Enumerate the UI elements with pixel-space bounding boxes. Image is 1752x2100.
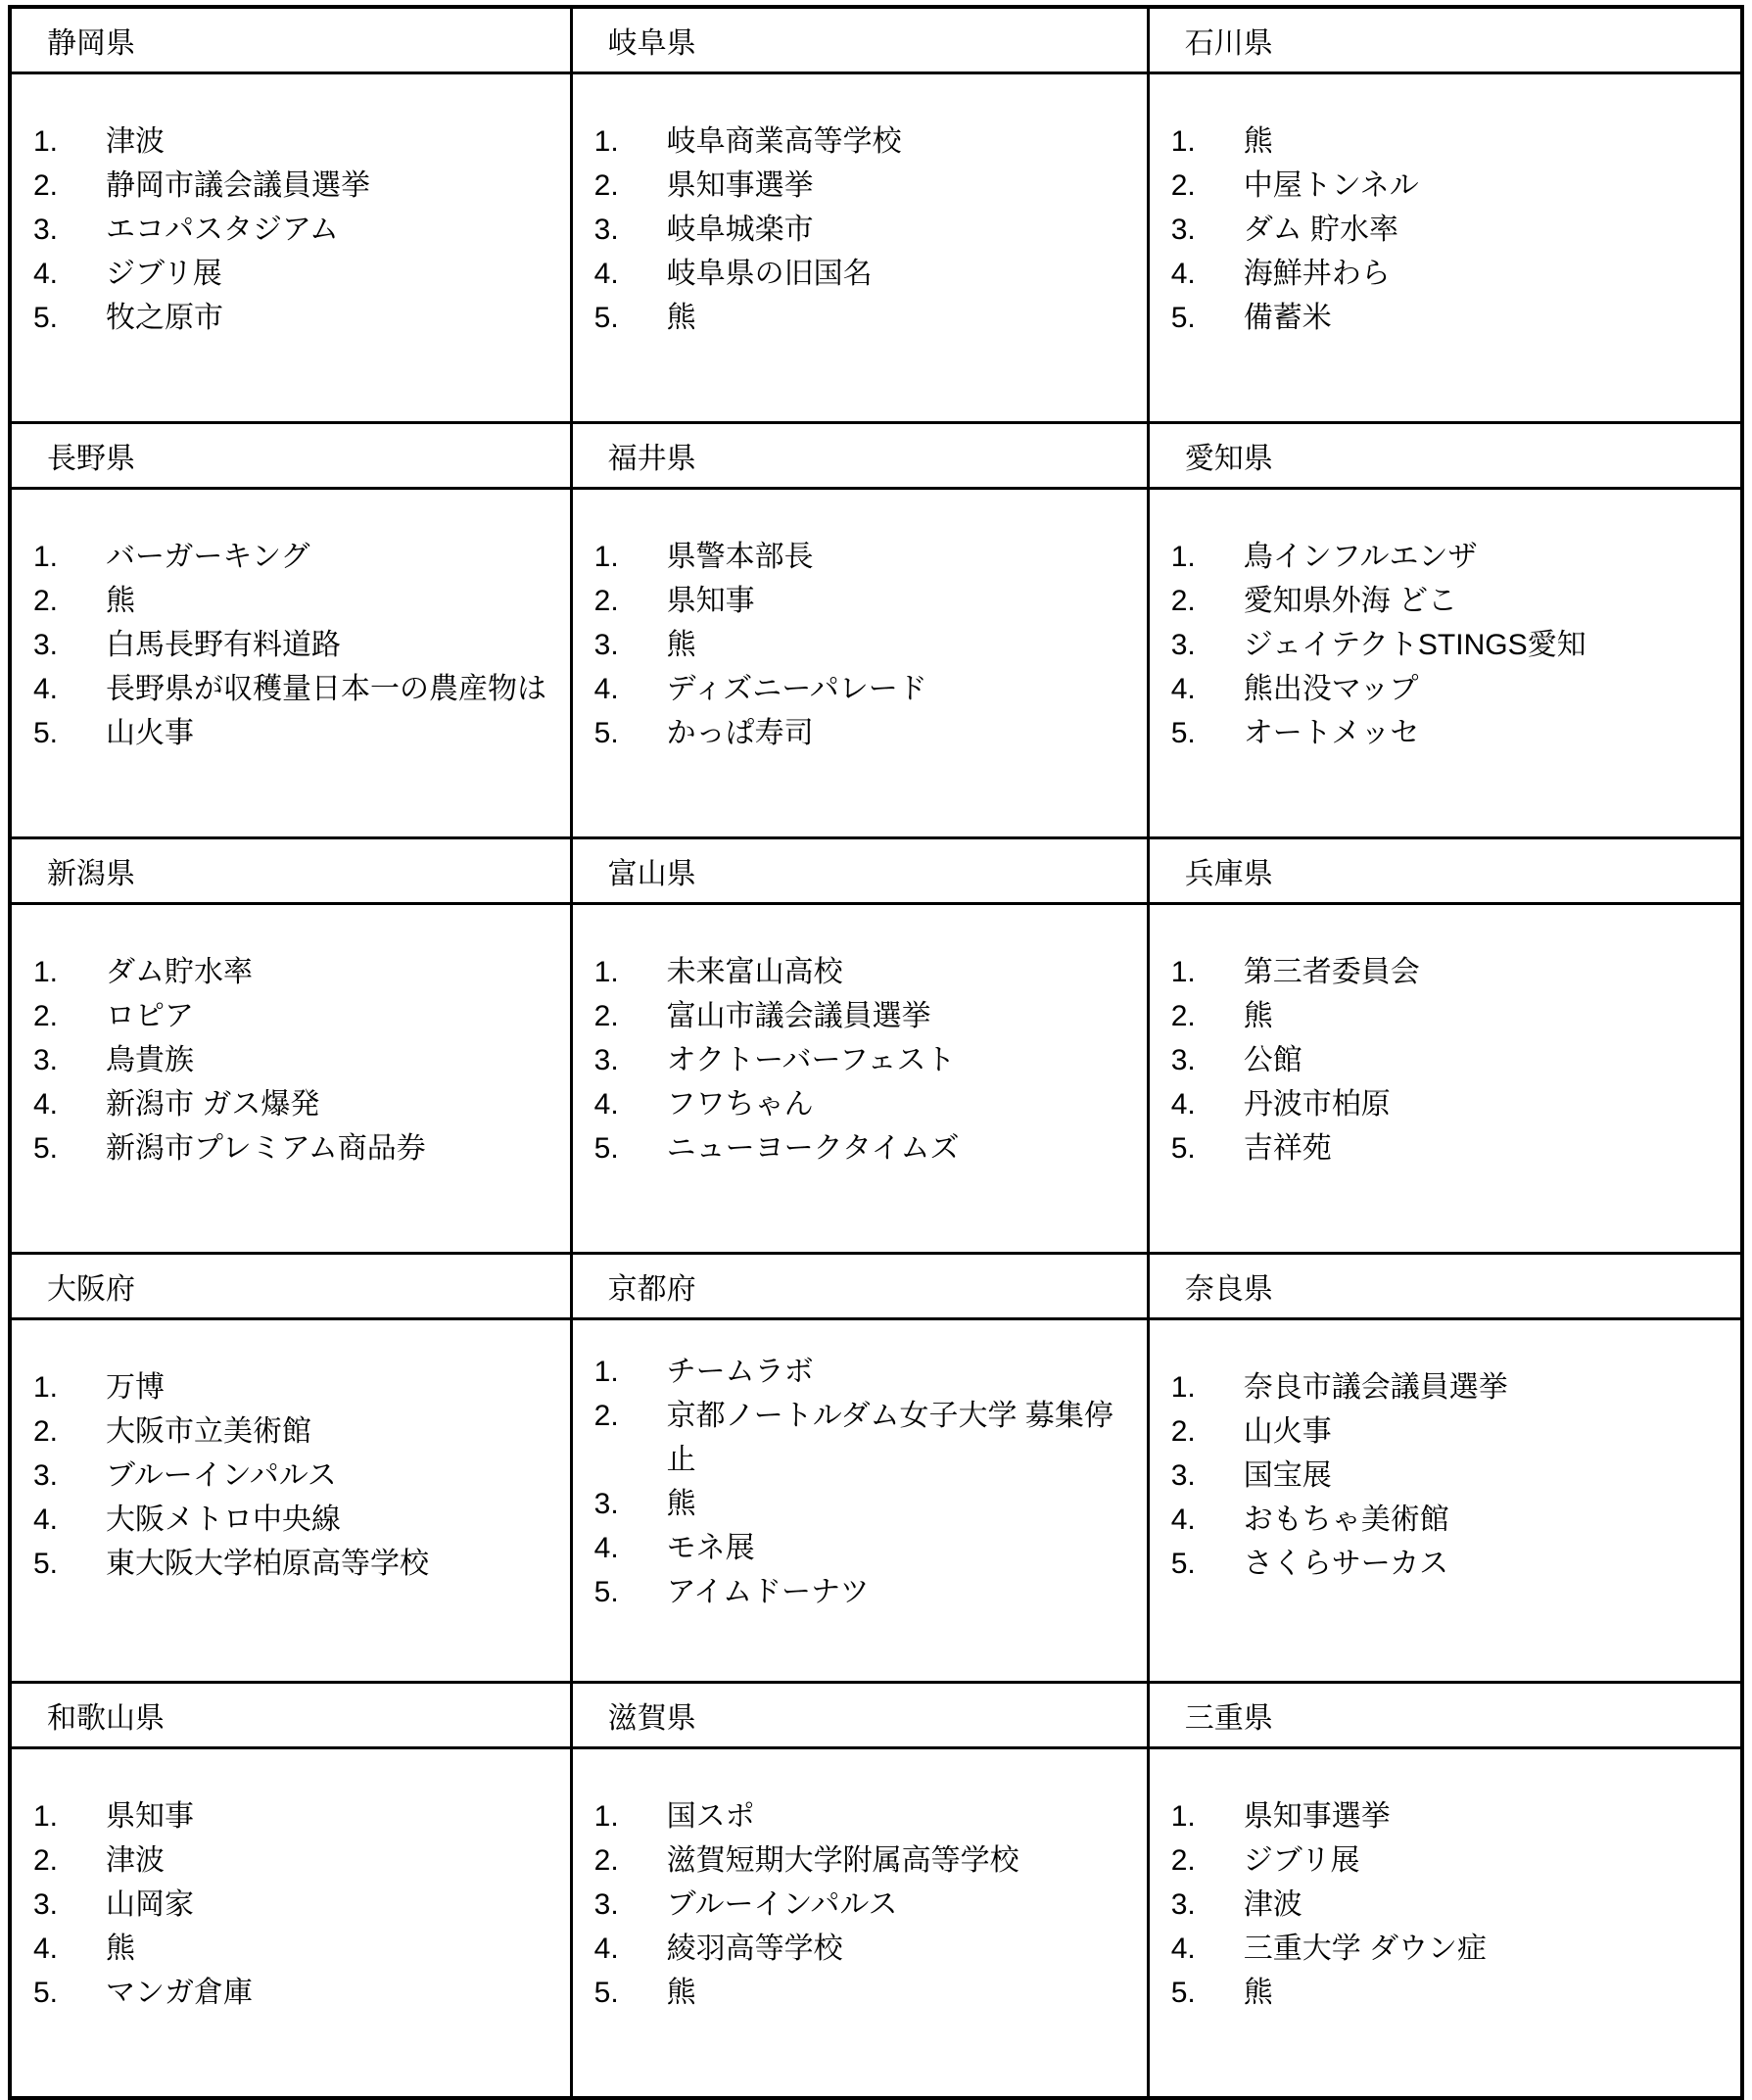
list-item-text: 愛知県外海 どこ [1244, 579, 1730, 623]
list-item-number: 3. [594, 623, 667, 667]
list-item-text: 中屋トンネル [1244, 164, 1730, 208]
trend-list-item: 5.熊 [594, 296, 1137, 340]
trend-list-item: 1.国スポ [594, 1794, 1137, 1838]
trend-list-item: 2.中屋トンネル [1171, 164, 1730, 208]
list-item-text: 国スポ [667, 1794, 1137, 1838]
content-row: 1.ダム貯水率2.ロピア3.鳥貴族4.新潟市 ガス爆発5.新潟市プレミアム商品券… [10, 904, 1742, 1254]
trend-list-item: 3.ジェイテクトSTINGS愛知 [1171, 623, 1730, 667]
trend-list-item: 5.熊 [1171, 1971, 1730, 2015]
trend-list: 1.未来富山高校2.富山市議会議員選挙3.オクトーバーフェスト4.フワちゃん5.… [594, 950, 1137, 1170]
trend-list-cell: 1.県知事選挙2.ジブリ展3.津波4.三重大学 ダウン症5.熊 [1148, 1748, 1742, 2099]
list-item-number: 2. [33, 994, 106, 1038]
list-item-number: 2. [33, 579, 106, 623]
list-item-number: 5. [594, 1570, 667, 1614]
trend-list-item: 5.マンガ倉庫 [33, 1971, 560, 2015]
trend-list-cell: 1.岐阜商業高等学校2.県知事選挙3.岐阜城楽市4.岐阜県の旧国名5.熊 [571, 73, 1148, 423]
prefecture-header: 和歌山県 [10, 1683, 571, 1748]
trend-list-item: 4.長野県が収穫量日本一の農産物は [33, 667, 560, 711]
list-item-text: オートメッセ [1244, 711, 1730, 755]
list-item-number: 5. [33, 711, 106, 755]
trend-list-item: 1.県知事選挙 [1171, 1794, 1730, 1838]
prefecture-header: 兵庫県 [1148, 838, 1742, 904]
list-item-text: 海鮮丼わら [1244, 252, 1730, 296]
list-item-text: 熊 [1244, 119, 1730, 164]
list-item-number: 1. [33, 535, 106, 579]
list-item-text: 熊 [1244, 1971, 1730, 2015]
list-item-number: 4. [594, 1927, 667, 1971]
trend-list-item: 2.京都ノートルダム女子大学 募集停止 [594, 1394, 1137, 1482]
header-row: 大阪府 京都府 奈良県 [10, 1254, 1742, 1319]
header-row: 長野県 福井県 愛知県 [10, 423, 1742, 489]
trend-list-item: 2.静岡市議会議員選挙 [33, 164, 560, 208]
list-item-text: マンガ倉庫 [106, 1971, 560, 2015]
list-item-text: 県知事選挙 [1244, 1794, 1730, 1838]
list-item-number: 5. [594, 1971, 667, 2015]
list-item-number: 1. [594, 950, 667, 994]
trend-list: 1.県知事2.津波3.山岡家4.熊5.マンガ倉庫 [33, 1794, 560, 2015]
trend-list-item: 5.かっぱ寿司 [594, 711, 1137, 755]
trend-list-item: 5.さくらサーカス [1171, 1542, 1730, 1586]
trend-list-item: 1.県警本部長 [594, 535, 1137, 579]
trend-list: 1.国スポ2.滋賀短期大学附属高等学校3.ブルーインパルス4.綾羽高等学校5.熊 [594, 1794, 1137, 2015]
trend-list-cell: 1.チームラボ2.京都ノートルダム女子大学 募集停止3.熊4.モネ展5.アイムド… [571, 1319, 1148, 1683]
trend-list-cell: 1.第三者委員会2.熊3.公館4.丹波市柏原5.吉祥苑 [1148, 904, 1742, 1254]
list-item-number: 3. [1171, 1038, 1244, 1082]
trend-list-item: 2.津波 [33, 1838, 560, 1883]
trend-list-cell: 1.熊2.中屋トンネル3.ダム 貯水率4.海鮮丼わら5.備蓄米 [1148, 73, 1742, 423]
trend-list-item: 2.県知事選挙 [594, 164, 1137, 208]
list-item-number: 5. [1171, 1542, 1244, 1586]
list-item-text: エコパスタジアム [106, 208, 560, 252]
header-row: 静岡県 岐阜県 石川県 [10, 7, 1742, 73]
list-item-text: 熊出没マップ [1244, 667, 1730, 711]
list-item-text: 熊 [667, 296, 1137, 340]
list-item-text: 万博 [106, 1365, 560, 1409]
trend-list-item: 5.吉祥苑 [1171, 1126, 1730, 1170]
prefecture-header: 大阪府 [10, 1254, 571, 1319]
list-item-text: 県知事選挙 [667, 164, 1137, 208]
trend-list-item: 1.津波 [33, 119, 560, 164]
list-item-number: 4. [33, 252, 106, 296]
list-item-text: 大阪メトロ中央線 [106, 1498, 560, 1542]
list-item-text: ブルーインパルス [667, 1883, 1137, 1927]
prefecture-header: 石川県 [1148, 7, 1742, 73]
list-item-text: 奈良市議会議員選挙 [1244, 1365, 1730, 1409]
trend-list: 1.県警本部長2.県知事3.熊4.ディズニーパレード5.かっぱ寿司 [594, 535, 1137, 755]
trend-list-item: 2.富山市議会議員選挙 [594, 994, 1137, 1038]
list-item-number: 1. [33, 1794, 106, 1838]
list-item-text: 国宝展 [1244, 1454, 1730, 1498]
trend-list-item: 2.愛知県外海 どこ [1171, 579, 1730, 623]
list-item-number: 5. [594, 711, 667, 755]
trend-list-item: 1.ダム貯水率 [33, 950, 560, 994]
trend-list-item: 4.ジブリ展 [33, 252, 560, 296]
list-item-number: 3. [33, 1038, 106, 1082]
trend-list-item: 3.公館 [1171, 1038, 1730, 1082]
list-item-text: フワちゃん [667, 1082, 1137, 1126]
trend-list-item: 1.未来富山高校 [594, 950, 1137, 994]
list-item-text: 熊 [106, 1927, 560, 1971]
trend-list-item: 5.東大阪大学柏原高等学校 [33, 1542, 560, 1586]
list-item-number: 1. [1171, 1794, 1244, 1838]
list-item-text: 津波 [1244, 1883, 1730, 1927]
trend-list-cell: 1.県警本部長2.県知事3.熊4.ディズニーパレード5.かっぱ寿司 [571, 489, 1148, 838]
prefecture-header: 福井県 [571, 423, 1148, 489]
list-item-text: 長野県が収穫量日本一の農産物は [106, 667, 560, 711]
trend-list-item: 1.鳥インフルエンザ [1171, 535, 1730, 579]
trend-list-item: 3.エコパスタジアム [33, 208, 560, 252]
trend-list: 1.チームラボ2.京都ノートルダム女子大学 募集停止3.熊4.モネ展5.アイムド… [594, 1350, 1137, 1614]
list-item-number: 2. [594, 994, 667, 1038]
trend-list-item: 3.岐阜城楽市 [594, 208, 1137, 252]
list-item-number: 1. [33, 119, 106, 164]
list-item-text: かっぱ寿司 [667, 711, 1137, 755]
header-row: 新潟県 富山県 兵庫県 [10, 838, 1742, 904]
list-item-text: アイムドーナツ [667, 1570, 1137, 1614]
list-item-number: 4. [594, 1082, 667, 1126]
trend-list: 1.バーガーキング2.熊3.白馬長野有料道路4.長野県が収穫量日本一の農産物は5… [33, 535, 560, 755]
list-item-text: 大阪市立美術館 [106, 1409, 560, 1454]
list-item-number: 1. [1171, 119, 1244, 164]
trend-list-item: 3.ブルーインパルス [33, 1454, 560, 1498]
list-item-text: 津波 [106, 119, 560, 164]
trend-list-item: 2.ジブリ展 [1171, 1838, 1730, 1883]
list-item-number: 2. [1171, 579, 1244, 623]
list-item-number: 4. [1171, 252, 1244, 296]
list-item-number: 3. [1171, 208, 1244, 252]
trend-list-item: 1.第三者委員会 [1171, 950, 1730, 994]
trend-list-item: 3.白馬長野有料道路 [33, 623, 560, 667]
trend-list: 1.津波2.静岡市議会議員選挙3.エコパスタジアム4.ジブリ展5.牧之原市 [33, 119, 560, 340]
list-item-number: 3. [33, 623, 106, 667]
list-item-number: 2. [1171, 1838, 1244, 1883]
list-item-text: 東大阪大学柏原高等学校 [106, 1542, 560, 1586]
trend-list-item: 4.おもちゃ美術館 [1171, 1498, 1730, 1542]
trend-list: 1.熊2.中屋トンネル3.ダム 貯水率4.海鮮丼わら5.備蓄米 [1171, 119, 1730, 340]
list-item-text: 公館 [1244, 1038, 1730, 1082]
trend-list-cell: 1.国スポ2.滋賀短期大学附属高等学校3.ブルーインパルス4.綾羽高等学校5.熊 [571, 1748, 1148, 2099]
trend-list-item: 4.大阪メトロ中央線 [33, 1498, 560, 1542]
list-item-number: 4. [33, 1927, 106, 1971]
list-item-number: 2. [594, 1394, 667, 1438]
list-item-text: 山岡家 [106, 1883, 560, 1927]
trend-list-cell: 1.万博2.大阪市立美術館3.ブルーインパルス4.大阪メトロ中央線5.東大阪大学… [10, 1319, 571, 1683]
prefecture-header: 富山県 [571, 838, 1148, 904]
list-item-text: ジェイテクトSTINGS愛知 [1244, 623, 1730, 667]
list-item-number: 1. [33, 1365, 106, 1409]
prefecture-header: 京都府 [571, 1254, 1148, 1319]
list-item-number: 5. [33, 1542, 106, 1586]
list-item-number: 3. [33, 208, 106, 252]
prefecture-trends-table: 静岡県 岐阜県 石川県 1.津波2.静岡市議会議員選挙3.エコパスタジアム4.ジ… [8, 5, 1744, 2100]
prefecture-header: 新潟県 [10, 838, 571, 904]
list-item-number: 3. [1171, 1883, 1244, 1927]
list-item-number: 5. [1171, 1971, 1244, 2015]
list-item-text: 牧之原市 [106, 296, 560, 340]
trend-list: 1.県知事選挙2.ジブリ展3.津波4.三重大学 ダウン症5.熊 [1171, 1794, 1730, 2015]
list-item-number: 2. [1171, 164, 1244, 208]
list-item-number: 4. [1171, 667, 1244, 711]
trend-list: 1.第三者委員会2.熊3.公館4.丹波市柏原5.吉祥苑 [1171, 950, 1730, 1170]
content-row: 1.バーガーキング2.熊3.白馬長野有料道路4.長野県が収穫量日本一の農産物は5… [10, 489, 1742, 838]
trend-list-item: 1.チームラボ [594, 1350, 1137, 1394]
list-item-text: ニューヨークタイムズ [667, 1126, 1137, 1170]
list-item-number: 1. [1171, 535, 1244, 579]
trend-list-item: 4.丹波市柏原 [1171, 1082, 1730, 1126]
trend-list-item: 3.熊 [594, 1482, 1137, 1526]
list-item-number: 4. [594, 1526, 667, 1570]
list-item-text: 綾羽高等学校 [667, 1927, 1137, 1971]
list-item-text: 新潟市 ガス爆発 [106, 1082, 560, 1126]
trend-list-item: 2.大阪市立美術館 [33, 1409, 560, 1454]
trend-list-item: 5.備蓄米 [1171, 296, 1730, 340]
list-item-text: 備蓄米 [1244, 296, 1730, 340]
list-item-text: モネ展 [667, 1526, 1137, 1570]
list-item-number: 5. [33, 296, 106, 340]
trend-list-item: 2.滋賀短期大学附属高等学校 [594, 1838, 1137, 1883]
trend-list-item: 1.万博 [33, 1365, 560, 1409]
list-item-text: 岐阜県の旧国名 [667, 252, 1137, 296]
list-item-number: 5. [594, 1126, 667, 1170]
list-item-number: 5. [33, 1126, 106, 1170]
list-item-number: 3. [594, 208, 667, 252]
list-item-number: 2. [594, 164, 667, 208]
trend-list-cell: 1.ダム貯水率2.ロピア3.鳥貴族4.新潟市 ガス爆発5.新潟市プレミアム商品券 [10, 904, 571, 1254]
list-item-number: 4. [1171, 1498, 1244, 1542]
list-item-text: 丹波市柏原 [1244, 1082, 1730, 1126]
prefecture-header: 静岡県 [10, 7, 571, 73]
list-item-text: 県知事 [106, 1794, 560, 1838]
list-item-number: 2. [33, 164, 106, 208]
list-item-number: 4. [1171, 1082, 1244, 1126]
list-item-text: 熊 [106, 579, 560, 623]
list-item-text: 熊 [1244, 994, 1730, 1038]
prefecture-header: 愛知県 [1148, 423, 1742, 489]
list-item-text: さくらサーカス [1244, 1542, 1730, 1586]
list-item-text: 滋賀短期大学附属高等学校 [667, 1838, 1137, 1883]
trend-list-cell: 1.津波2.静岡市議会議員選挙3.エコパスタジアム4.ジブリ展5.牧之原市 [10, 73, 571, 423]
trend-list: 1.奈良市議会議員選挙2.山火事3.国宝展4.おもちゃ美術館5.さくらサーカス [1171, 1365, 1730, 1586]
trend-list-item: 2.県知事 [594, 579, 1137, 623]
list-item-number: 4. [1171, 1927, 1244, 1971]
list-item-text: ロピア [106, 994, 560, 1038]
list-item-text: 京都ノートルダム女子大学 募集停止 [667, 1394, 1137, 1482]
header-row: 和歌山県 滋賀県 三重県 [10, 1683, 1742, 1748]
trend-list: 1.岐阜商業高等学校2.県知事選挙3.岐阜城楽市4.岐阜県の旧国名5.熊 [594, 119, 1137, 340]
trend-list-item: 3.オクトーバーフェスト [594, 1038, 1137, 1082]
list-item-text: 新潟市プレミアム商品券 [106, 1126, 560, 1170]
trend-list: 1.鳥インフルエンザ2.愛知県外海 どこ3.ジェイテクトSTINGS愛知4.熊出… [1171, 535, 1730, 755]
trend-list-item: 2.ロピア [33, 994, 560, 1038]
list-item-number: 5. [594, 296, 667, 340]
list-item-text: オクトーバーフェスト [667, 1038, 1137, 1082]
prefecture-header: 奈良県 [1148, 1254, 1742, 1319]
list-item-number: 3. [594, 1482, 667, 1526]
list-item-text: 熊 [667, 1971, 1137, 2015]
trend-list-cell: 1.バーガーキング2.熊3.白馬長野有料道路4.長野県が収穫量日本一の農産物は5… [10, 489, 571, 838]
list-item-text: 吉祥苑 [1244, 1126, 1730, 1170]
list-item-number: 5. [1171, 296, 1244, 340]
list-item-text: 県警本部長 [667, 535, 1137, 579]
list-item-number: 2. [594, 1838, 667, 1883]
list-item-number: 2. [33, 1838, 106, 1883]
list-item-number: 4. [594, 252, 667, 296]
list-item-text: おもちゃ美術館 [1244, 1498, 1730, 1542]
trend-list-item: 2.山火事 [1171, 1409, 1730, 1454]
content-row: 1.津波2.静岡市議会議員選挙3.エコパスタジアム4.ジブリ展5.牧之原市 1.… [10, 73, 1742, 423]
list-item-text: ジブリ展 [106, 252, 560, 296]
trend-list-item: 1.バーガーキング [33, 535, 560, 579]
list-item-text: 熊 [667, 1482, 1137, 1526]
trend-list-item: 5.山火事 [33, 711, 560, 755]
prefecture-header: 三重県 [1148, 1683, 1742, 1748]
list-item-number: 1. [1171, 950, 1244, 994]
trend-list-item: 3.熊 [594, 623, 1137, 667]
list-item-text: 未来富山高校 [667, 950, 1137, 994]
list-item-number: 2. [1171, 1409, 1244, 1454]
list-item-number: 3. [33, 1454, 106, 1498]
trend-list-item: 5.ニューヨークタイムズ [594, 1126, 1137, 1170]
list-item-text: ブルーインパルス [106, 1454, 560, 1498]
list-item-number: 1. [594, 119, 667, 164]
list-item-number: 1. [594, 1350, 667, 1394]
list-item-number: 3. [1171, 1454, 1244, 1498]
trend-list-item: 1.奈良市議会議員選挙 [1171, 1365, 1730, 1409]
trend-list-item: 4.熊 [33, 1927, 560, 1971]
trend-list-item: 3.国宝展 [1171, 1454, 1730, 1498]
list-item-text: ダム 貯水率 [1244, 208, 1730, 252]
trend-list: 1.万博2.大阪市立美術館3.ブルーインパルス4.大阪メトロ中央線5.東大阪大学… [33, 1365, 560, 1586]
list-item-number: 4. [33, 1082, 106, 1126]
trend-list-item: 2.熊 [1171, 994, 1730, 1038]
list-item-number: 5. [1171, 711, 1244, 755]
list-item-text: 県知事 [667, 579, 1137, 623]
trend-list-item: 4.岐阜県の旧国名 [594, 252, 1137, 296]
trend-list-item: 5.アイムドーナツ [594, 1570, 1137, 1614]
prefecture-header: 長野県 [10, 423, 571, 489]
trend-list-item: 4.新潟市 ガス爆発 [33, 1082, 560, 1126]
list-item-text: 白馬長野有料道路 [106, 623, 560, 667]
trend-list-item: 4.三重大学 ダウン症 [1171, 1927, 1730, 1971]
list-item-number: 1. [1171, 1365, 1244, 1409]
trend-list-cell: 1.未来富山高校2.富山市議会議員選挙3.オクトーバーフェスト4.フワちゃん5.… [571, 904, 1148, 1254]
list-item-text: 岐阜城楽市 [667, 208, 1137, 252]
list-item-number: 3. [594, 1883, 667, 1927]
trend-list-item: 3.山岡家 [33, 1883, 560, 1927]
trend-list-item: 4.フワちゃん [594, 1082, 1137, 1126]
list-item-number: 1. [594, 1794, 667, 1838]
list-item-text: 富山市議会議員選挙 [667, 994, 1137, 1038]
trend-list-cell: 1.鳥インフルエンザ2.愛知県外海 どこ3.ジェイテクトSTINGS愛知4.熊出… [1148, 489, 1742, 838]
trend-list-cell: 1.県知事2.津波3.山岡家4.熊5.マンガ倉庫 [10, 1748, 571, 2099]
trend-list-item: 5.オートメッセ [1171, 711, 1730, 755]
list-item-text: 第三者委員会 [1244, 950, 1730, 994]
list-item-text: 鳥貴族 [106, 1038, 560, 1082]
list-item-number: 2. [33, 1409, 106, 1454]
trend-list-item: 1.県知事 [33, 1794, 560, 1838]
list-item-number: 2. [1171, 994, 1244, 1038]
trend-list-cell: 1.奈良市議会議員選挙2.山火事3.国宝展4.おもちゃ美術館5.さくらサーカス [1148, 1319, 1742, 1683]
list-item-text: チームラボ [667, 1350, 1137, 1394]
trend-list-item: 3.津波 [1171, 1883, 1730, 1927]
list-item-text: 静岡市議会議員選挙 [106, 164, 560, 208]
list-item-text: ジブリ展 [1244, 1838, 1730, 1883]
list-item-number: 3. [594, 1038, 667, 1082]
trend-list-item: 3.ブルーインパルス [594, 1883, 1137, 1927]
list-item-number: 2. [594, 579, 667, 623]
content-row: 1.万博2.大阪市立美術館3.ブルーインパルス4.大阪メトロ中央線5.東大阪大学… [10, 1319, 1742, 1683]
list-item-number: 1. [594, 535, 667, 579]
trend-list-item: 2.熊 [33, 579, 560, 623]
list-item-text: 三重大学 ダウン症 [1244, 1927, 1730, 1971]
trend-list-item: 4.ディズニーパレード [594, 667, 1137, 711]
trend-list-item: 5.牧之原市 [33, 296, 560, 340]
prefecture-header: 滋賀県 [571, 1683, 1148, 1748]
prefecture-header: 岐阜県 [571, 7, 1148, 73]
trend-list: 1.ダム貯水率2.ロピア3.鳥貴族4.新潟市 ガス爆発5.新潟市プレミアム商品券 [33, 950, 560, 1170]
list-item-text: ダム貯水率 [106, 950, 560, 994]
content-row: 1.県知事2.津波3.山岡家4.熊5.マンガ倉庫 1.国スポ2.滋賀短期大学附属… [10, 1748, 1742, 2099]
list-item-number: 4. [594, 667, 667, 711]
trend-list-item: 5.新潟市プレミアム商品券 [33, 1126, 560, 1170]
list-item-text: 熊 [667, 623, 1137, 667]
list-item-text: 津波 [106, 1838, 560, 1883]
trend-list-item: 4.綾羽高等学校 [594, 1927, 1137, 1971]
list-item-text: 岐阜商業高等学校 [667, 119, 1137, 164]
trend-list-item: 1.熊 [1171, 119, 1730, 164]
list-item-number: 1. [33, 950, 106, 994]
trend-list-item: 1.岐阜商業高等学校 [594, 119, 1137, 164]
list-item-number: 3. [33, 1883, 106, 1927]
list-item-number: 5. [33, 1971, 106, 2015]
list-item-number: 4. [33, 667, 106, 711]
trend-list-item: 3.鳥貴族 [33, 1038, 560, 1082]
list-item-number: 3. [1171, 623, 1244, 667]
list-item-number: 5. [1171, 1126, 1244, 1170]
trend-list-item: 3.ダム 貯水率 [1171, 208, 1730, 252]
list-item-number: 4. [33, 1498, 106, 1542]
list-item-text: 山火事 [1244, 1409, 1730, 1454]
trend-list-item: 4.熊出没マップ [1171, 667, 1730, 711]
list-item-text: 山火事 [106, 711, 560, 755]
trend-list-item: 4.モネ展 [594, 1526, 1137, 1570]
list-item-text: ディズニーパレード [667, 667, 1137, 711]
trend-list-item: 4.海鮮丼わら [1171, 252, 1730, 296]
list-item-text: バーガーキング [106, 535, 560, 579]
trend-list-item: 5.熊 [594, 1971, 1137, 2015]
list-item-text: 鳥インフルエンザ [1244, 535, 1730, 579]
